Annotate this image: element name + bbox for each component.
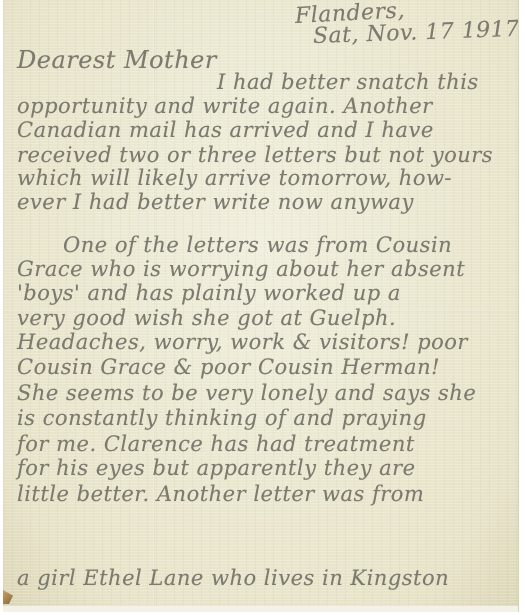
letter-line: Cousin Grace & poor Cousin Herman! [17,355,440,379]
letter-line: received two or three letters but not yo… [17,143,493,167]
letter-line: little better. Another letter was from [17,482,424,506]
letter-line: opportunity and write again. Another [17,94,433,118]
letter-line: I had better snatch this [217,70,479,94]
letter-line: ever I had better write now anyway [17,190,414,214]
letter-line: very good wish she got at Guelph. [17,306,396,330]
letter-line: Canadian mail has arrived and I have [17,118,434,142]
paper-bottom-edge [3,606,518,612]
letter-salutation: Dearest Mother [17,46,217,74]
letter-line: Headaches, worry, work & visitors! poor [17,330,468,354]
letter-line: She seems to be very lonely and says she [17,381,476,405]
letter-page: Flanders, Sat, Nov. 17 1917 Dearest Moth… [3,0,518,612]
letter-line: 'boys' and has plainly worked up a [17,281,401,305]
letter-line: Grace who is worrying about her absent [17,257,465,281]
letter-line: is constantly thinking of and praying [17,406,427,430]
letter-line: for his eyes but apparently they are [17,456,416,480]
torn-corner [3,590,13,604]
letter-line: One of the letters was from Cousin [63,233,452,257]
letter-line: a girl Ethel Lane who lives in Kingston [17,566,449,590]
letter-line: for me. Clarence has had treatment [17,432,415,456]
letter-line: which will likely arrive tomorrow, how- [17,166,452,190]
